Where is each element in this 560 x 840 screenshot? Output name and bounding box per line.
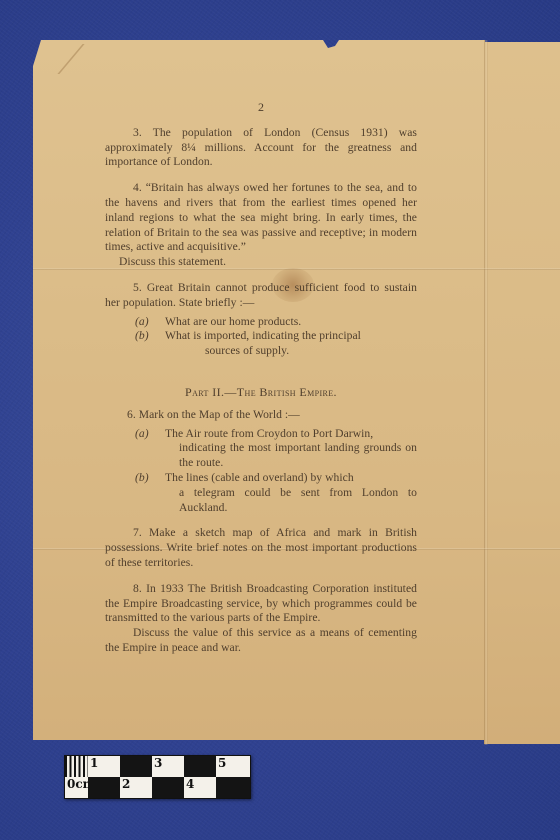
part-label: (a) [105,427,159,471]
scale-segment: 5 [216,756,250,777]
question-6-part-a: (a) The Air route from Croydon to Port D… [105,427,417,471]
question-4: 4. “Britain has always owed her fortunes… [105,181,417,255]
part-text-continuation: a telegram could be sent from London to … [165,486,417,516]
question-5-part-a: (a) What are our home products. [105,315,417,330]
scale-segment: 2 [120,777,152,798]
scale-segment: 3 [152,756,184,777]
question-3: 3. The population of London (Census 1931… [105,126,417,170]
scale-segment [88,777,120,798]
part-text: The lines (cable and overland) by which [165,471,354,484]
scale-segment: 4 [184,777,216,798]
scale-segment [120,756,152,777]
vertical-fold-crease [484,40,488,745]
scale-segment: 1 [88,756,120,777]
question-6: 6. Mark on the Map of the World :— [105,408,417,423]
question-8: 8. In 1933 The British Broadcasting Corp… [105,582,417,626]
question-8-instruction: Discuss the value of this service as a m… [105,626,417,656]
scale-segment [184,756,216,777]
page-number: 2 [105,100,417,115]
scale-mm-ticks [65,756,88,777]
part-ii-heading: Part II.—The British Empire. [105,385,417,400]
part-text: What is imported, indicating the princip… [165,329,361,342]
question-7: 7. Make a sketch map of Africa and mark … [105,526,417,570]
question-5: 5. Great Britain cannot produce sufficie… [105,281,417,311]
scale-unit-label: 0cm [65,777,88,798]
question-6-part-b: (b) The lines (cable and overland) by wh… [105,471,417,515]
question-4-instruction: Discuss this statement. [105,255,226,268]
scale-bar: 1 3 5 0cm 2 4 [64,755,251,799]
scale-segment [216,777,250,798]
part-label: (b) [105,329,159,359]
exam-text-block: 2 3. The population of London (Census 19… [105,100,417,656]
part-text-continuation: indicating the most important landing gr… [165,441,417,471]
adjacent-page-edge [484,42,560,744]
question-5-part-b: (b) What is imported, indicating the pri… [105,329,417,359]
part-text-continuation: sources of supply. [165,344,417,359]
part-label: (a) [105,315,159,330]
part-text: The Air route from Croydon to Port Darwi… [165,427,373,440]
part-text: What are our home products. [159,315,417,330]
part-label: (b) [105,471,159,515]
scale-segment [152,777,184,798]
